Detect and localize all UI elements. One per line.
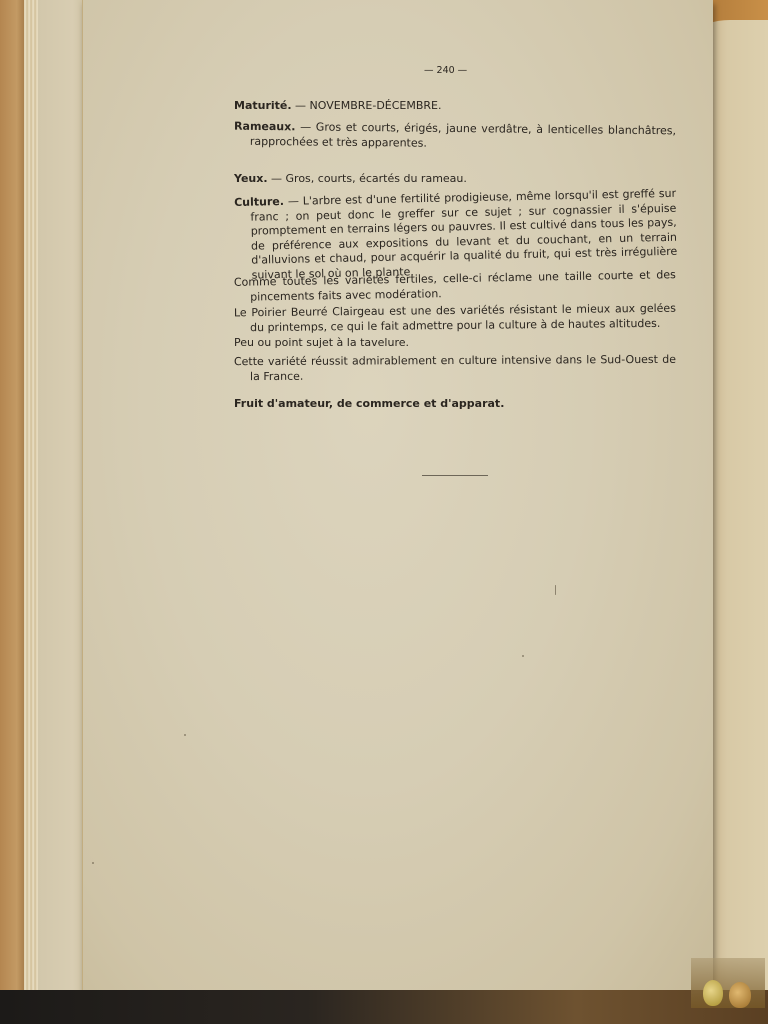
entry-term: Yeux. bbox=[234, 172, 268, 185]
entry-text: Peu ou point sujet à la tavelure. bbox=[234, 336, 409, 349]
entry-text: — L'arbre est d'une fertilité prodigieus… bbox=[250, 187, 677, 281]
entry-text: Cette variété réussit admirablement en c… bbox=[234, 353, 676, 383]
book-photo: — 240 — Maturité. — NOVEMBRE-DÉCEMBRE. R… bbox=[0, 0, 768, 1024]
entry-text: — Gros et courts, érigés, jaune verdâtre… bbox=[250, 120, 676, 149]
page-number: — 240 — bbox=[424, 65, 467, 76]
paper-speck bbox=[184, 734, 186, 736]
entry-term: Maturité. bbox=[234, 99, 292, 112]
entry-rameaux: Rameaux. — Gros et courts, érigés, jaune… bbox=[234, 120, 676, 154]
watermark-thumbnail bbox=[691, 958, 765, 1008]
section-divider bbox=[422, 475, 488, 476]
pear-icon bbox=[729, 982, 751, 1008]
entry-text: — NOVEMBRE-DÉCEMBRE. bbox=[292, 99, 442, 112]
entry-tavelure: Peu ou point sujet à la tavelure. bbox=[234, 336, 676, 351]
entry-sud-ouest: Cette variété réussit admirablement en c… bbox=[234, 353, 676, 384]
entry-term: Rameaux. bbox=[234, 120, 295, 134]
entry-term: Culture. bbox=[234, 195, 284, 209]
entry-gelees: Le Poirier Beurré Clairgeau est une des … bbox=[234, 302, 676, 336]
paper-speck bbox=[92, 862, 94, 864]
entry-text: Le Poirier Beurré Clairgeau est une des … bbox=[234, 302, 676, 334]
entry-text: — Gros, courts, écartés du rameau. bbox=[268, 172, 467, 185]
entry-maturite: Maturité. — NOVEMBRE-DÉCEMBRE. bbox=[234, 99, 676, 114]
entry-fruit: Fruit d'amateur, de commerce et d'appara… bbox=[234, 397, 676, 412]
entry-yeux: Yeux. — Gros, courts, écartés du rameau. bbox=[234, 172, 676, 187]
entry-term: Fruit d'amateur, de commerce et d'appara… bbox=[234, 397, 504, 410]
paper-speck bbox=[555, 585, 556, 595]
pear-icon bbox=[703, 980, 723, 1006]
paper-speck bbox=[522, 655, 524, 657]
table-shadow bbox=[0, 990, 768, 1024]
